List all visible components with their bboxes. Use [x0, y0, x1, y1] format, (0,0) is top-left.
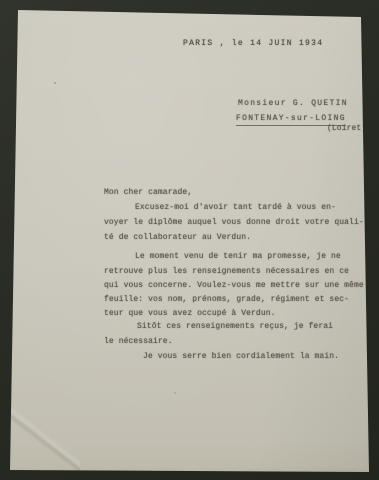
- letter-line: té de collaborateur au Verdun.: [104, 233, 251, 243]
- letter-line: Je vous serre bien cordialement la main.: [143, 352, 339, 362]
- letter-line: Le moment venu de tenir ma promesse, je …: [135, 252, 341, 262]
- letter-line: qui vous concerne. Voulez-vous me mettre…: [104, 281, 364, 291]
- scan-background: PARIS , le 14 JUIN 1934 Monsieur G. QUET…: [0, 0, 379, 480]
- letter-line: retrouve plus les renseignements nécessa…: [104, 267, 349, 277]
- letter-paper: PARIS , le 14 JUIN 1934 Monsieur G. QUET…: [0, 0, 379, 480]
- letter-body: Mon cher camarade,Excusez-moi d'avoir ta…: [0, 0, 379, 480]
- letter-line: Excusez-moi d'avoir tant tardé à vous en…: [135, 203, 336, 213]
- letter-line: feuille: vos nom, prénoms, grade, régime…: [104, 295, 349, 305]
- letter-line: le nécessaire.: [104, 337, 173, 347]
- letter-line: Mon cher camarade,: [104, 188, 192, 198]
- letter-line: Sitôt ces renseignements reçus, je ferai: [137, 322, 333, 332]
- letter-line: voyer le diplôme auquel vous donne droit…: [104, 218, 364, 228]
- letter-line: teur que vous avez occupé à Verdun.: [104, 309, 276, 319]
